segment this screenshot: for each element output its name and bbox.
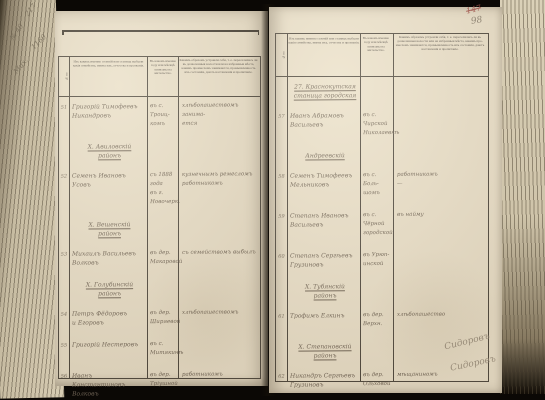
section-heading: 27. Краснокутская станица городская [287, 82, 360, 101]
section-heading-row: Х. Голубинскій районъ [59, 279, 260, 298]
register-entry-row: 62Никандръ Сергѣевъ Грузиновъвъ дер. Оль… [276, 370, 488, 389]
register-table-right: № по порядку. Изъ какихъ именно селеній … [275, 33, 489, 382]
entry-destination: въ с. Чёрной городской [360, 211, 393, 238]
right-page: № по порядку. Изъ какихъ именно селеній … [269, 7, 502, 393]
header-col-disposition: Какимъ образомъ устроили себя, т. е. пер… [394, 34, 486, 76]
entry-names: Иванъ Абрамовъ Васильевъ [287, 111, 360, 139]
entry-number [59, 281, 69, 299]
section-heading: Х. Голубинскій районъ [69, 280, 147, 299]
entry-note: хлѣбопашество [393, 310, 488, 329]
entry-destination: въ дер. Макаровой [147, 249, 178, 267]
ledger-scan: 217 № 40 1160 Мих. № по порядку. Изъ как… [0, 0, 545, 400]
register-entry-row: 59Степанъ Ивановъ Васильевъвъ с. Чёрной … [276, 210, 488, 238]
register-table-left: № по порядку. Изъ какихъ именно селеній … [58, 56, 261, 379]
entry-names: Никандръ Сергѣевъ Грузиновъ [287, 371, 360, 390]
section-heading-row: Х. Тубянскій районъ [276, 281, 488, 300]
register-entry-row: 55Григорій Нестеровъвъ с. Митякинѣ [59, 339, 260, 358]
entry-note: кузнечнымъ ремесломъ работникомъ [178, 170, 260, 207]
header-col-names: Изъ какихъ именно селеній или станицъ вы… [288, 34, 360, 76]
entry-destination: съ 1888 года въ г. Новочерк. [147, 171, 178, 207]
entry-number [59, 143, 69, 161]
entry-destination: въ с. Троиц- комъ [147, 102, 178, 129]
entry-note: съ семействомъ выбылъ [178, 248, 260, 267]
entry-note: въ найму [393, 210, 488, 238]
table-header: № по порядку. Изъ какихъ именно селеній … [276, 34, 488, 77]
entry-destination: въ Урюп- инской [360, 251, 393, 269]
section-heading: Х. Степановскій районъ [287, 342, 360, 361]
entry-destination: въ дер. Верхн. [360, 311, 393, 329]
entry-number: 59 [276, 212, 287, 239]
entry-number: 53 [59, 250, 69, 268]
section-heading-row: Андреевскій [276, 150, 488, 160]
header-col-names: Изъ какихъ именно селеній или станицъ вы… [70, 57, 147, 96]
entry-note: работникомъ — [393, 170, 488, 198]
left-page: № по порядку. Изъ какихъ именно селеній … [55, 11, 268, 386]
header-col-number: № по порядку. [276, 34, 287, 76]
header-col-registered: Въ какомъ имен­но году или мѣсяцѣ записа… [361, 34, 393, 76]
entry-number [276, 283, 287, 301]
register-entry-row: 56Иванъ Константиновъ Волковъвъ дер. Трі… [59, 370, 260, 398]
entry-note [178, 339, 260, 358]
section-heading-row: Х. Авиловскій районъ [59, 141, 260, 160]
entry-names: Семенъ Тимофеевъ Мельниковъ [287, 171, 360, 199]
entry-number: 57 [276, 112, 287, 139]
section-heading: Х. Вешенскій районъ [69, 220, 147, 239]
entry-names: Семенъ Ивановъ Усовъ [69, 171, 147, 208]
entry-names: Иванъ Константиновъ Волковъ [69, 371, 147, 399]
register-entry-row: 60Степанъ Сергѣевъ Грузиновъвъ Урюп- инс… [276, 250, 488, 269]
entry-number [276, 83, 287, 101]
entry-destination: въ с. Чирской Николаевкѣ [360, 111, 393, 138]
entry-names: Степанъ Сергѣевъ Грузиновъ [287, 251, 360, 270]
section-heading: Х. Тубянскій районъ [287, 282, 360, 301]
header-col-disposition: Какимъ образомъ устроили себя, т. е. пер… [179, 57, 258, 96]
entry-number: 51 [59, 103, 69, 130]
section-heading-row: 27. Краснокутская станица городская [276, 81, 488, 100]
entry-note: мѣщаниномъ [393, 370, 488, 389]
register-entry-row: 61Трофимъ Елкинъвъ дер. Верхн.хлѣбопашес… [276, 310, 488, 329]
register-entry-row: 51Григорій Тимофеевъ Никандровъвъ с. Тро… [59, 101, 260, 129]
entry-names: Григорій Нестеровъ [69, 340, 147, 359]
entry-names: Григорій Тимофеевъ Никандровъ [69, 102, 147, 130]
left-page-entries: 51Григорій Тимофеевъ Никандровъвъ с. Тро… [59, 97, 260, 378]
section-heading: Андреевскій [287, 151, 360, 161]
header-col-number: № по порядку. [59, 57, 69, 96]
entry-destination: въ с. Митякинѣ [147, 340, 178, 358]
entry-note [393, 250, 488, 269]
entry-note [393, 110, 488, 138]
right-page-edge-stack [500, 0, 545, 394]
entry-destination: въ дер. Ширяевой [147, 309, 178, 327]
header-col-registered: Въ какомъ имен­но году или мѣсяцѣ записа… [148, 57, 178, 96]
entry-note: работникомъ [178, 370, 260, 398]
entry-names: Степанъ Ивановъ Васильевъ [287, 211, 360, 239]
entry-number [276, 152, 287, 161]
register-entry-row: 54Петръ Фёдоровъ и Егоровъвъ дер. Ширяев… [59, 308, 260, 327]
entry-number [59, 221, 69, 239]
entry-number: 58 [276, 172, 287, 199]
section-heading-row: Х. Вешенскій районъ [59, 219, 260, 238]
entry-destination: въ дер. Тріушной [147, 371, 178, 398]
register-entry-row: 58Семенъ Тимофеевъ Мельниковъвъ с. Боль-… [276, 170, 488, 198]
entry-number: 60 [276, 252, 287, 270]
entry-names: Петръ Фёдоровъ и Егоровъ [69, 309, 147, 328]
entry-number: 55 [59, 341, 69, 359]
section-heading: Х. Авиловскій районъ [69, 142, 147, 161]
entry-number [276, 343, 287, 361]
folio-number-new: 98 [470, 15, 483, 27]
entry-note: хлѣбопашествомъ [178, 308, 260, 327]
page-top-rule [62, 30, 259, 32]
entry-destination: въ с. Боль- шомъ [360, 171, 393, 198]
entry-note: хлѣбопашествомъ занима- ется [178, 101, 260, 129]
entry-number: 56 [59, 372, 69, 399]
entry-number: 54 [59, 310, 69, 328]
entry-names: Трофимъ Елкинъ [287, 311, 360, 330]
register-entry-row: 53Михаилъ Васильевъ Волковъвъ дер. Макар… [59, 248, 260, 267]
right-page-entries: 27. Краснокутская станица городская57Ива… [276, 77, 488, 381]
entry-number: 62 [276, 372, 287, 390]
entry-number: 61 [276, 312, 287, 330]
entry-destination: въ дер. Ольховой [360, 371, 393, 389]
entry-names: Михаилъ Васильевъ Волковъ [69, 249, 147, 268]
entry-number: 52 [59, 172, 69, 208]
table-header: № по порядку. Изъ какихъ именно селеній … [59, 57, 260, 97]
register-entry-row: 52Семенъ Ивановъ Усовъсъ 1888 года въ г.… [59, 170, 260, 207]
register-entry-row: 57Иванъ Абрамовъ Васильевъвъ с. Чирской … [276, 110, 488, 138]
